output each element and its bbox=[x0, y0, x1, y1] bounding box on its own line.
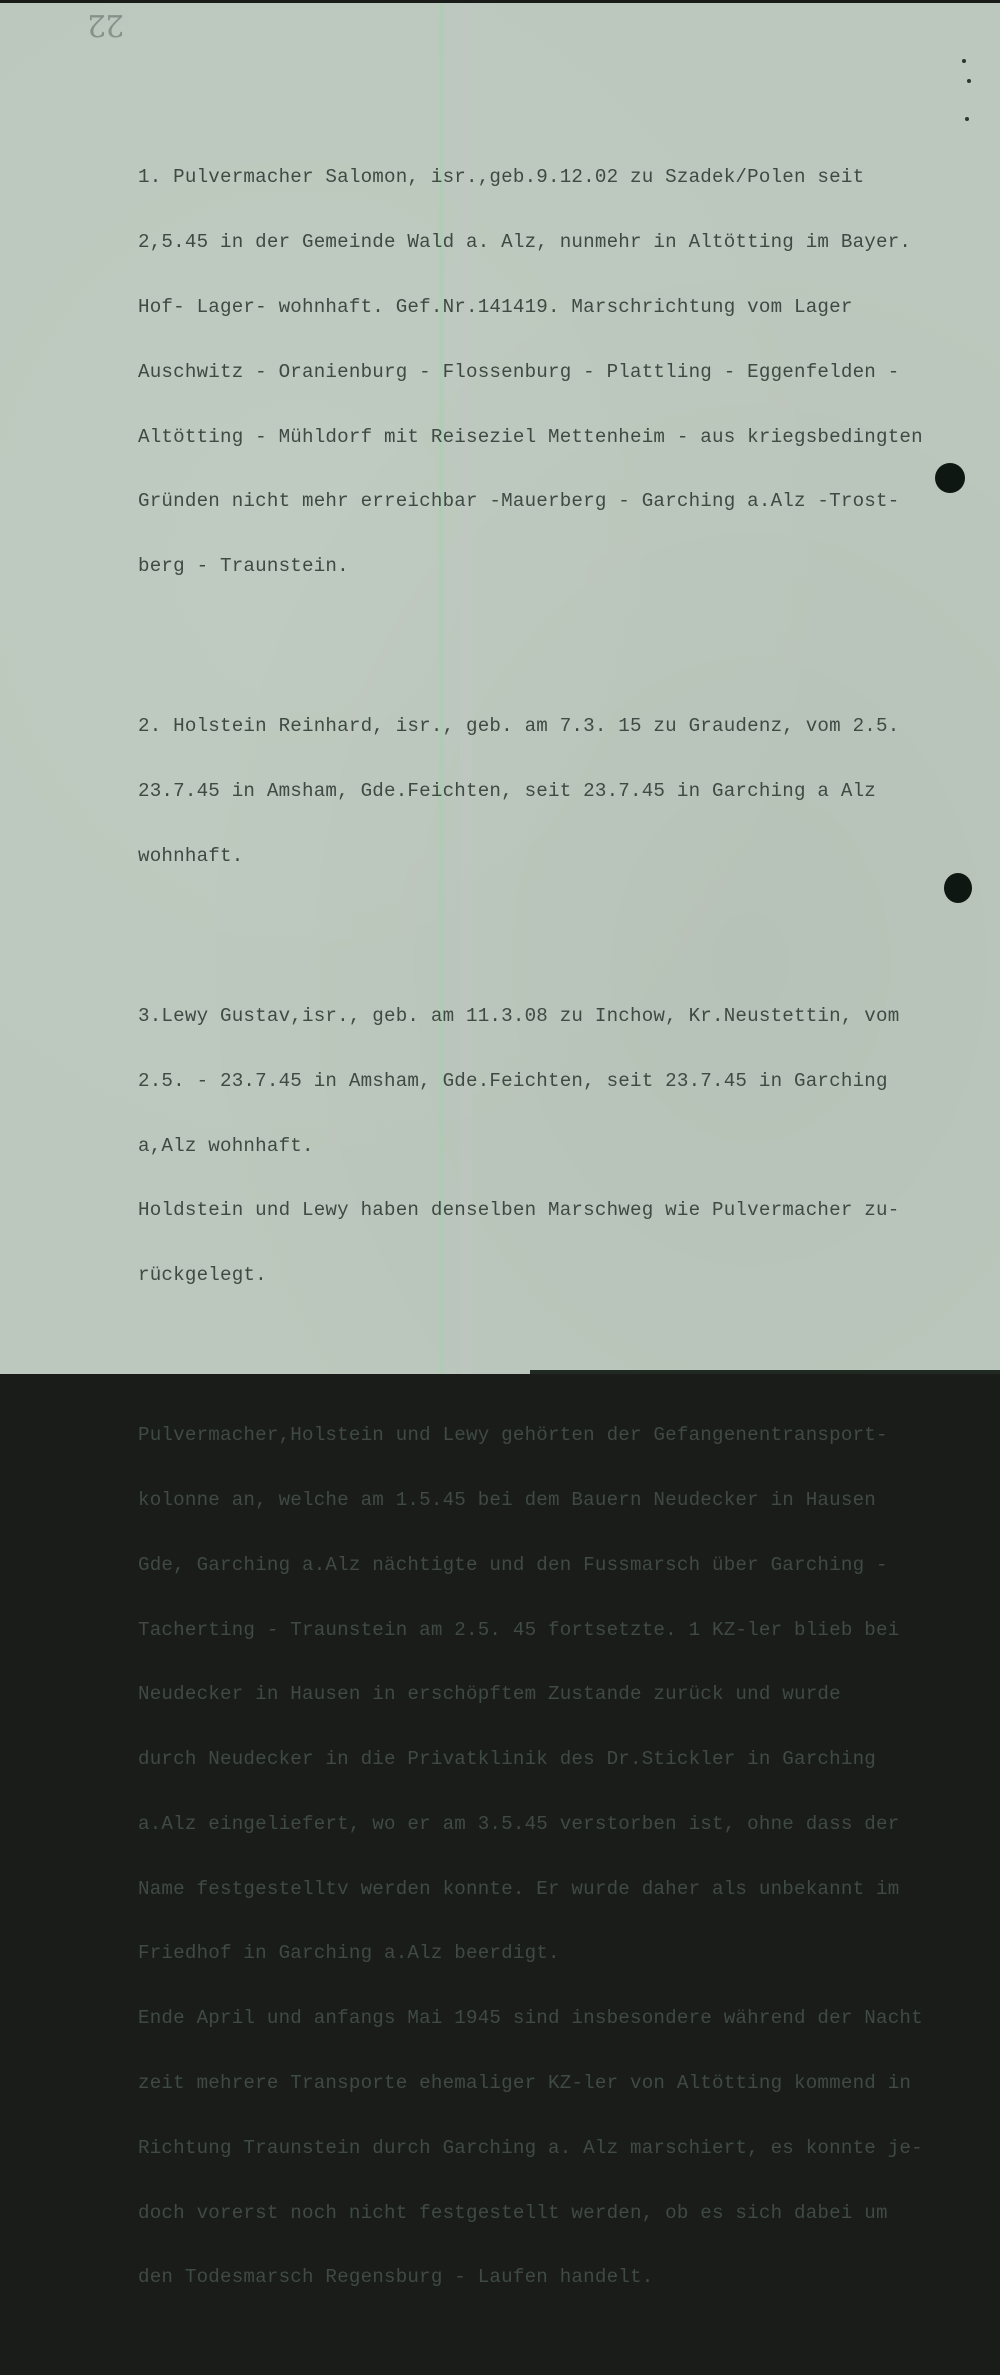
scanned-document-page: 22 1. Pulvermacher Salomon, isr.,geb.9.1… bbox=[0, 3, 1000, 1374]
text-line: 2. Holstein Reinhard, isr., geb. am 7.3.… bbox=[138, 716, 978, 738]
text-line: Holdstein und Lewy haben denselben Marsc… bbox=[138, 1200, 978, 1222]
entry-lewy: 3.Lewy Gustav,isr., geb. am 11.3.08 zu I… bbox=[138, 963, 978, 1330]
punch-hole-lower bbox=[944, 873, 972, 903]
text-line: Auschwitz - Oranienburg - Flossenburg - … bbox=[138, 362, 978, 384]
text-line: 23.7.45 in Amsham, Gde.Feichten, seit 23… bbox=[138, 781, 978, 803]
text-line: Altötting - Mühldorf mit Reiseziel Mette… bbox=[138, 427, 978, 449]
entry-holstein: 2. Holstein Reinhard, isr., geb. am 7.3.… bbox=[138, 673, 978, 911]
text-line: 2,5.45 in der Gemeinde Wald a. Alz, nunm… bbox=[138, 232, 978, 254]
text-line: Gründen nicht mehr erreichbar -Mauerberg… bbox=[138, 491, 978, 513]
text-line: wohnhaft. bbox=[138, 846, 978, 868]
handwritten-page-number: 22 bbox=[88, 7, 124, 42]
text-line: berg - Traunstein. bbox=[138, 556, 978, 578]
typewritten-body: 1. Pulvermacher Salomon, isr.,geb.9.12.0… bbox=[138, 81, 978, 1374]
text-line: rückgelegt. bbox=[138, 1265, 978, 1287]
text-line: 3.Lewy Gustav,isr., geb. am 11.3.08 zu I… bbox=[138, 1006, 978, 1028]
ink-speck bbox=[962, 59, 966, 63]
text-line: 1. Pulvermacher Salomon, isr.,geb.9.12.0… bbox=[138, 167, 978, 189]
text-line: a,Alz wohnhaft. bbox=[138, 1136, 978, 1158]
text-line: Hof- Lager- wohnhaft. Gef.Nr.141419. Mar… bbox=[138, 297, 978, 319]
ink-speck bbox=[965, 117, 969, 121]
entry-pulvermacher: 1. Pulvermacher Salomon, isr.,geb.9.12.0… bbox=[138, 124, 978, 621]
text-line: 2.5. - 23.7.45 in Amsham, Gde.Feichten, … bbox=[138, 1071, 978, 1093]
punch-hole-upper bbox=[935, 463, 965, 493]
ink-speck bbox=[967, 79, 971, 83]
